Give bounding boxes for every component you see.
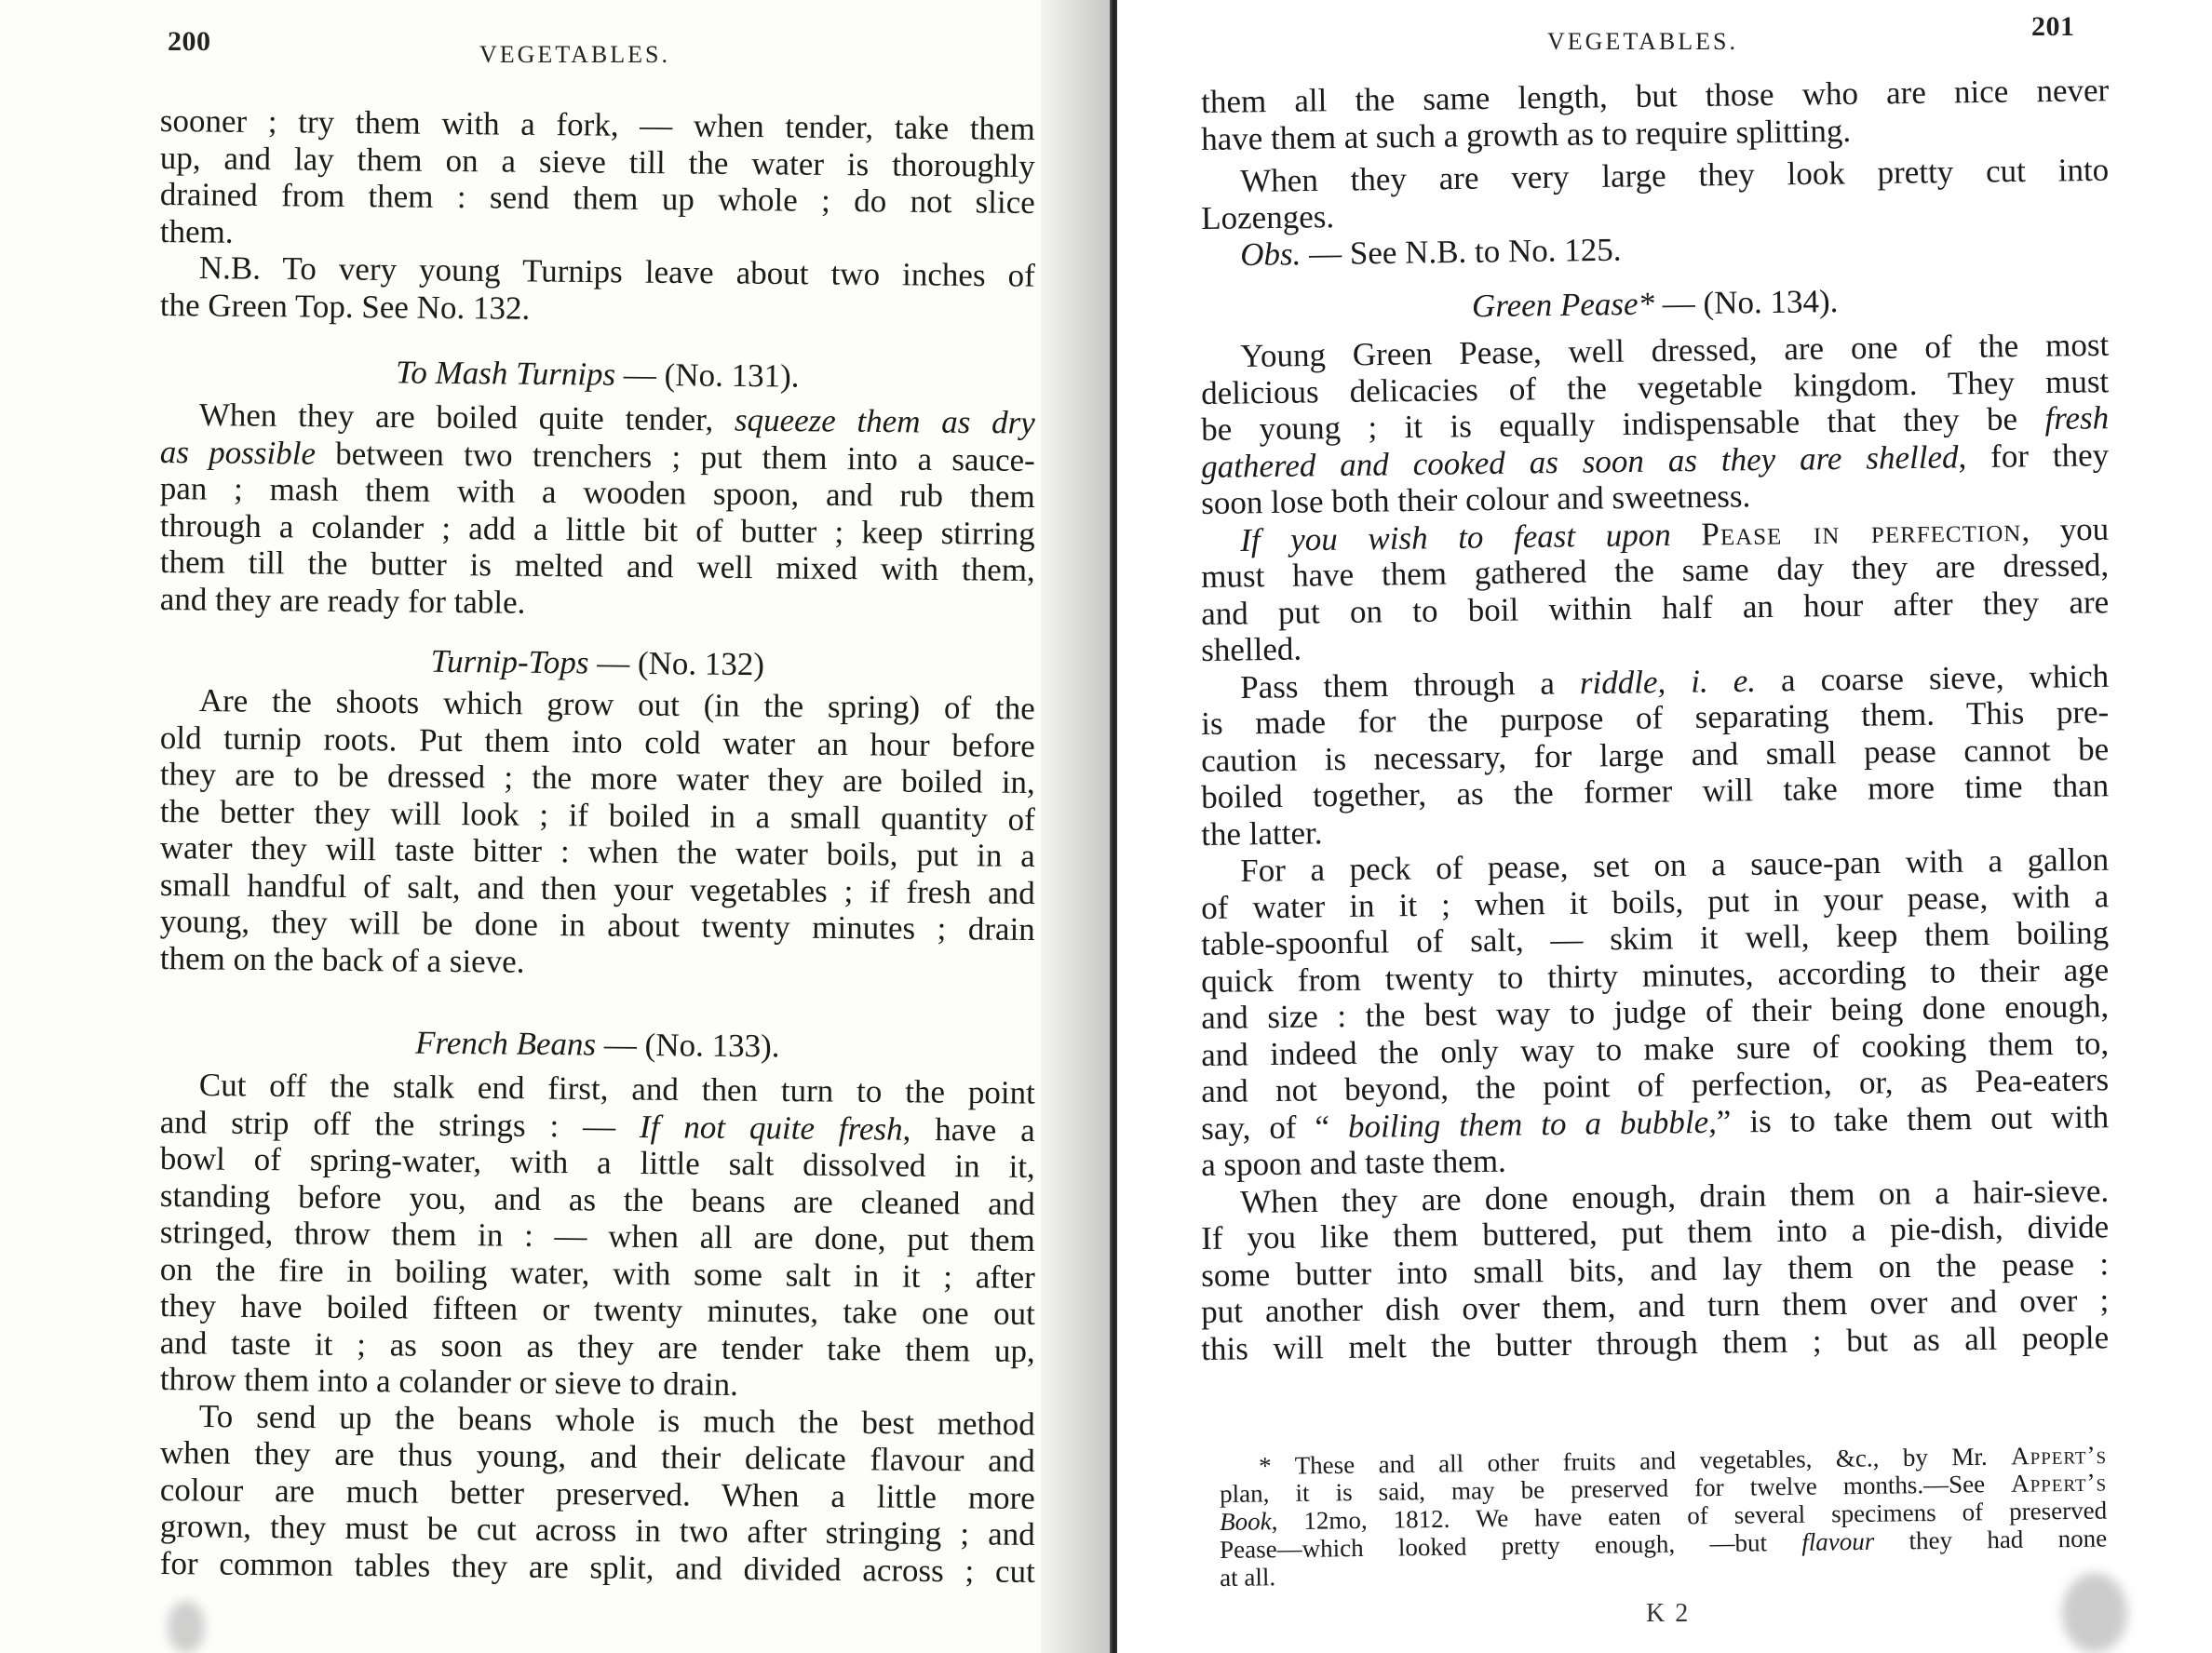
text-span: Are the shoots which grow out (in the sp… — [199, 682, 1035, 727]
running-head-right: VEGETABLES. — [1547, 28, 1738, 56]
heading-number: — (No. 134). — [1654, 283, 1839, 322]
text-line: standing before you, and as the beans ar… — [160, 1179, 1035, 1220]
text-line: they are to be dressed ; the more water … — [160, 758, 1035, 799]
text-span: , you — [2021, 510, 2109, 547]
italic-text: squeeze them as dry — [735, 402, 1035, 441]
text-span: and they are ready for table. — [160, 581, 526, 621]
italic-text: riddle, i. e. — [1580, 662, 1757, 700]
text-line: When they are very large they look prett… — [1240, 154, 2109, 197]
italic-text: Book — [1220, 1507, 1272, 1536]
text-span: a spoon and taste them. — [1201, 1143, 1506, 1183]
text-span: a coarse sieve, which — [1756, 657, 2110, 698]
heading-number: — (No. 133). — [596, 1026, 780, 1064]
text-span: Lozenges. — [1201, 198, 1334, 236]
text-span: and strip off the strings : — — [160, 1104, 641, 1145]
text-line: through a colander ; add a little bit of… — [160, 509, 1035, 550]
text-line: To send up the beans whole is much the b… — [199, 1400, 1035, 1441]
ink-smudge — [2062, 1573, 2127, 1653]
right-page: 201 VEGETABLES. them all the same length… — [1117, 0, 2212, 1653]
text-span: ” is to take them out with — [1717, 1098, 2110, 1140]
text-line: for common tables they are split, and di… — [160, 1547, 1035, 1588]
left-page: 200 VEGETABLES. sooner ; try them with a… — [0, 0, 1071, 1653]
text-line: stringed, throw them in : — when all are… — [160, 1216, 1035, 1257]
text-line: them. — [160, 215, 1035, 256]
italic-text: fresh — [2044, 399, 2109, 437]
signature-mark: K 2 — [1646, 1599, 1690, 1629]
text-span: , for they — [1958, 437, 2109, 475]
text-line: Cut off the stalk end first, and then tu… — [199, 1068, 1035, 1109]
text-line: them till the butter is melted and well … — [160, 545, 1035, 586]
text-line: grown, they must be cut across in two af… — [160, 1510, 1035, 1551]
text-line: pan ; mash them with a wooden spoon, and… — [160, 472, 1035, 513]
text-span: them. — [160, 213, 234, 250]
italic-text: If not quite fresh — [640, 1108, 903, 1147]
text-line: bowl of spring-water, with a little salt… — [160, 1142, 1035, 1183]
text-span: When they are boiled quite tender, — [199, 396, 735, 438]
text-span: shelled. — [1201, 631, 1302, 668]
text-span: they had none — [1874, 1525, 2107, 1555]
heading-title: French Beans — [415, 1025, 596, 1063]
heading-number: — (No. 132) — [588, 644, 764, 682]
text-span: — See N.B. to No. 125. — [1301, 232, 1622, 273]
page-number-right: 201 — [2031, 11, 2075, 43]
book-gutter-shadow — [1041, 0, 1115, 1653]
text-span: say, of “ — [1201, 1108, 1348, 1146]
text-line: Are the shoots which grow out (in the sp… — [199, 684, 1035, 725]
text-span: Cut off the stalk end first, and then tu… — [199, 1067, 1035, 1111]
text-line: N.B. To very young Turnips leave about t… — [199, 251, 1035, 292]
text-line: young, they will be done in about twenty… — [160, 905, 1035, 946]
text-line: colour are much better preserved. When a… — [160, 1473, 1035, 1514]
text-span: the latter. — [1201, 814, 1323, 853]
heading-title: Turnip-Tops — [430, 643, 588, 681]
text-line: the better they will look ; if boiled in… — [160, 795, 1035, 836]
text-span: the Green Top. See No. 132. — [160, 287, 531, 327]
section-heading: Turnip-Tops — (No. 132) — [160, 642, 1035, 683]
italic-text: as possible — [160, 434, 317, 472]
heading-title: Green Pease* — [1472, 286, 1654, 325]
section-heading: Green Pease* — (No. 134). — [1201, 281, 2109, 326]
heading-title: To Mash Turnips — [396, 354, 615, 392]
italic-text: boiling them to a bubble, — [1348, 1103, 1717, 1144]
text-span: drained from them : send them up whole ;… — [160, 176, 1035, 221]
running-head-left: VEGETABLES. — [479, 41, 670, 69]
text-line: them on the back of a sieve. — [160, 942, 1035, 983]
text-span: at all. — [1220, 1563, 1275, 1592]
text-span: N.B. To very young Turnips leave about t… — [199, 249, 1035, 294]
section-heading: French Beans — (No. 133). — [160, 1024, 1035, 1065]
text-line: as possible between two trenchers ; put … — [160, 436, 1035, 477]
italic-text: If you wish to feast upon — [1240, 516, 1702, 558]
text-span: soon lose both their colour and sweetnes… — [1201, 477, 1750, 521]
ink-smudge — [168, 1601, 205, 1653]
text-span: them on the back of a sieve. — [160, 940, 525, 980]
text-line: up, and lay them on a sieve till the wat… — [160, 141, 1035, 182]
text-line: on the fire in boiling water, with some … — [160, 1253, 1035, 1294]
text-line: small handful of salt, and then your veg… — [160, 868, 1035, 909]
page-number-left: 200 — [168, 26, 211, 58]
italic-text: flavour — [1801, 1527, 1874, 1556]
text-line: Obs. — See N.B. to No. 125. — [1240, 227, 2109, 271]
text-line: drained from them : send them up whole ;… — [160, 178, 1035, 219]
small-caps-text: Appert’s — [2011, 1441, 2107, 1470]
text-line: throw them into a colander or sieve to d… — [160, 1363, 1035, 1404]
text-line: when they are thus young, and their deli… — [160, 1436, 1035, 1477]
text-span: Pass them through a — [1240, 665, 1580, 706]
text-line: them all the same length, but those who … — [1201, 74, 2109, 118]
text-line: water they will taste bitter : when the … — [160, 831, 1035, 872]
text-span: for common tables they are split, and di… — [160, 1545, 1035, 1590]
text-line: old turnip roots. Put them into cold wat… — [160, 721, 1035, 762]
small-caps-text: Appert’s — [2011, 1469, 2107, 1498]
text-span: , have a — [902, 1110, 1035, 1148]
italic-text: Obs. — [1240, 235, 1302, 273]
text-line: and strip off the strings : — If not qui… — [160, 1106, 1035, 1147]
text-span: between two trenchers ; put them into a … — [316, 435, 1035, 477]
small-caps-text: Pease in perfection — [1701, 512, 2021, 552]
heading-number: — (No. 131). — [615, 356, 800, 395]
text-span: throw them into a colander or sieve to d… — [160, 1361, 738, 1403]
text-line: When they are boiled quite tender, squee… — [199, 398, 1035, 439]
text-line: sooner ; try them with a fork, — when te… — [160, 104, 1035, 145]
text-line: and they are ready for table. — [160, 583, 1035, 624]
text-line: the Green Top. See No. 132. — [160, 289, 1035, 329]
text-line: they have boiled fifteen or twenty minut… — [160, 1289, 1035, 1330]
section-heading: To Mash Turnips — (No. 131). — [160, 354, 1035, 395]
text-line: and taste it ; as soon as they are tende… — [160, 1326, 1035, 1367]
